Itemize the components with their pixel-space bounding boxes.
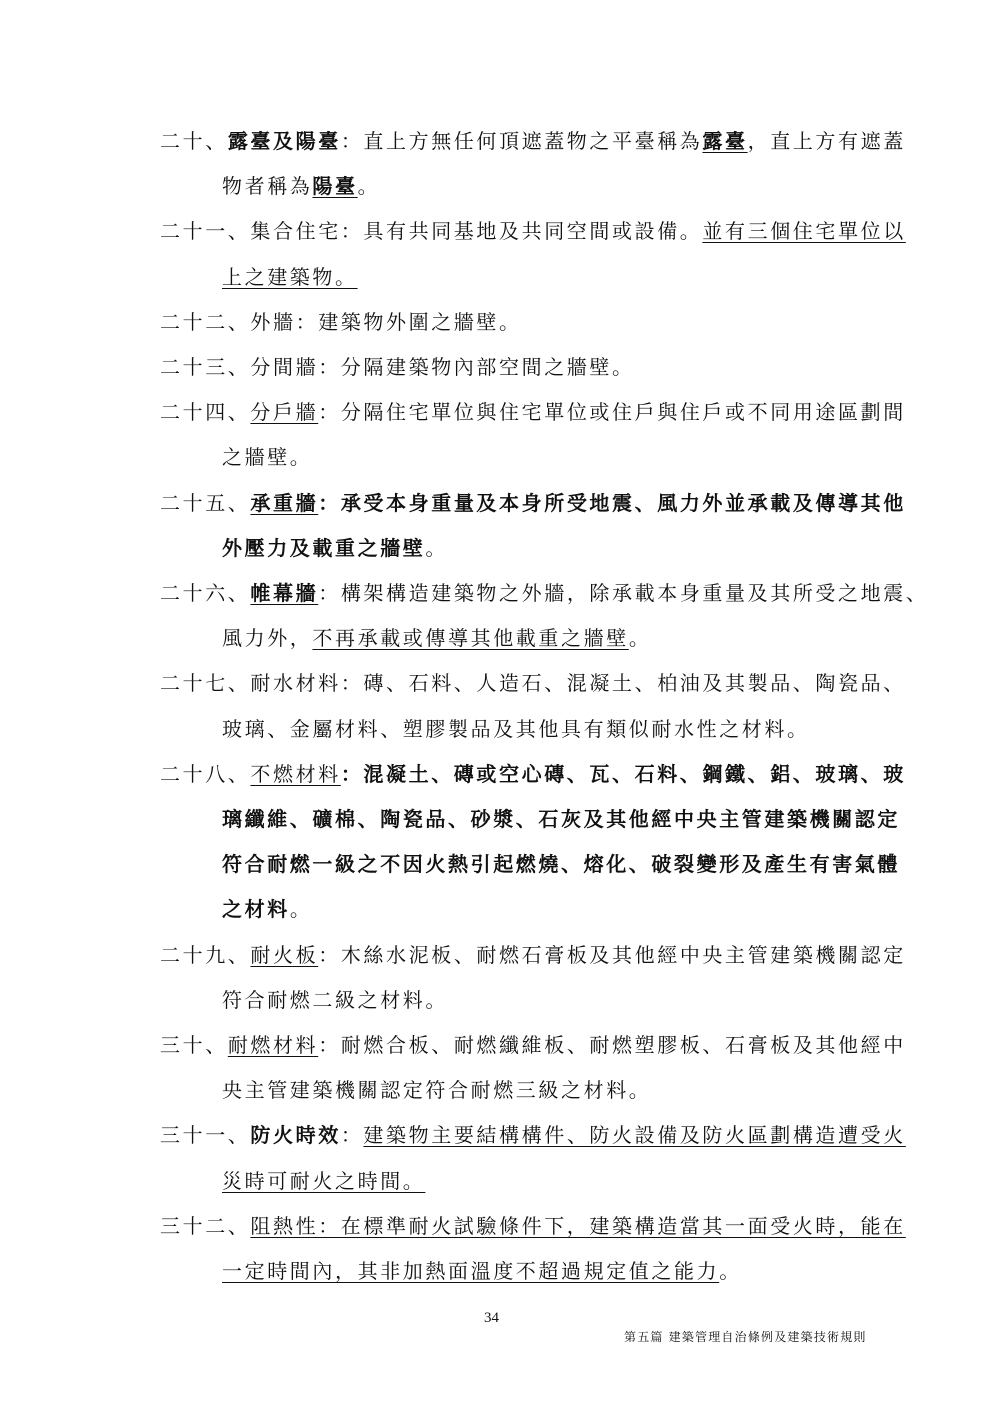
item-number: 二十四、 bbox=[160, 400, 250, 424]
underlined-text: 不再承載或傳導其他載重之牆壁 bbox=[312, 626, 628, 650]
item-continuation-line: 物者稱為陽臺。 bbox=[222, 171, 380, 201]
item-continuation-line: 璃纖維、礦棉、陶瓷品、砂漿、石灰及其他經中央主管建築機關認定 bbox=[222, 804, 900, 834]
item-number: 三十二、 bbox=[160, 1214, 250, 1238]
underlined-text: 陽臺 bbox=[312, 174, 357, 198]
item-text: 玻璃、金屬材料、塑膠製品及其他具有類似耐水性之材料。 bbox=[222, 717, 810, 741]
item-number: 二十、 bbox=[160, 129, 228, 153]
item-number: 二十七、 bbox=[160, 671, 250, 695]
bold-text: 外壓力及載重之牆壁 bbox=[222, 536, 425, 560]
item-text: 。 bbox=[290, 897, 313, 921]
underlined-text: 上之建築物。 bbox=[222, 265, 358, 289]
item-text: 。 bbox=[425, 536, 448, 560]
item-text: ：耐燃合板、耐燃纖維板、耐燃塑膠板、石膏板及其他經中 bbox=[318, 1033, 906, 1057]
footer-title: 第五篇 建築管理自治條例及建築技術規則 bbox=[624, 1328, 867, 1345]
item-number: 二十八、 bbox=[160, 762, 250, 786]
item-number: 二十九、 bbox=[160, 943, 250, 967]
document-page: 二十、露臺及陽臺：直上方無任何頂遮蓋物之平臺稱為露臺，直上方有遮蓋物者稱為陽臺。… bbox=[0, 0, 992, 1403]
bold-text: 璃纖維、礦棉、陶瓷品、砂漿、石灰及其他經中央主管建築機關認定 bbox=[222, 807, 900, 831]
item-continuation-line: 災時可耐火之時間。 bbox=[222, 1166, 425, 1196]
bold-text: ：承受本身重量及本身所受地震、風力外並承載及傳導其他 bbox=[318, 491, 906, 515]
item-continuation-line: 符合耐燃一級之不因火熱引起燃燒、熔化、破裂變形及產生有害氣體 bbox=[222, 849, 900, 879]
bold-text: 露臺及陽臺 bbox=[228, 129, 341, 153]
item-first-line: 二十三、分間牆：分隔建築物內部空間之牆壁。 bbox=[160, 352, 635, 382]
item-text: ：分隔住宅單位與住宅單位或住戶與住戶或不同用途區劃間 bbox=[318, 400, 906, 424]
item-first-line: 二十五、承重牆：承受本身重量及本身所受地震、風力外並承載及傳導其他 bbox=[160, 488, 906, 518]
item-first-line: 二十八、不燃材料：混凝土、磚或空心磚、瓦、石料、鋼鐵、鋁、玻璃、玻 bbox=[160, 759, 906, 789]
underlined-text: 露臺 bbox=[702, 129, 747, 153]
item-number: 三十、 bbox=[160, 1033, 228, 1057]
item-text: 符合耐燃二級之材料。 bbox=[222, 988, 448, 1012]
item-continuation-line: 玻璃、金屬材料、塑膠製品及其他具有類似耐水性之材料。 bbox=[222, 714, 810, 744]
item-continuation-line: 央主管建築機關認定符合耐燃三級之材料。 bbox=[222, 1075, 651, 1105]
item-continuation-line: 上之建築物。 bbox=[222, 262, 358, 292]
item-text: 分間牆：分隔建築物內部空間之牆壁。 bbox=[250, 355, 634, 379]
item-first-line: 二十、露臺及陽臺：直上方無任何頂遮蓋物之平臺稱為露臺，直上方有遮蓋 bbox=[160, 126, 906, 156]
item-text: 風力外， bbox=[222, 626, 312, 650]
item-continuation-line: 一定時間內，其非加熱面溫度不超過規定值之能力。 bbox=[222, 1256, 742, 1286]
item-number: 二十三、 bbox=[160, 355, 250, 379]
item-continuation-line: 之材料。 bbox=[222, 894, 312, 924]
item-text: ：直上方無任何頂遮蓋物之平臺稱為 bbox=[341, 129, 703, 153]
item-text: ，直上方有遮蓋 bbox=[748, 129, 906, 153]
bold-text: ：混凝土、磚或空心磚、瓦、石料、鋼鐵、鋁、玻璃、玻 bbox=[341, 762, 906, 786]
item-text: ： bbox=[341, 1123, 364, 1147]
underlined-text: 帷幕牆 bbox=[250, 581, 318, 605]
item-text: 。 bbox=[358, 174, 381, 198]
underlined-text: 承重牆 bbox=[250, 491, 318, 515]
item-first-line: 二十一、集合住宅：具有共同基地及共同空間或設備。並有三個住宅單位以 bbox=[160, 216, 906, 246]
underlined-text: 災時可耐火之時間。 bbox=[222, 1169, 425, 1193]
item-number: 二十六、 bbox=[160, 581, 250, 605]
item-first-line: 三十、耐燃材料：耐燃合板、耐燃纖維板、耐燃塑膠板、石膏板及其他經中 bbox=[160, 1030, 906, 1060]
underlined-text: 分戶牆 bbox=[250, 400, 318, 424]
item-first-line: 二十四、分戶牆：分隔住宅單位與住宅單位或住戶與住戶或不同用途區劃間 bbox=[160, 397, 906, 427]
underlined-text: 耐燃材料 bbox=[228, 1033, 318, 1057]
item-text: ：木絲水泥板、耐燃石膏板及其他經中央主管建築機關認定 bbox=[318, 943, 906, 967]
item-number: 二十一、 bbox=[160, 219, 250, 243]
item-continuation-line: 風力外，不再承載或傳導其他載重之牆壁。 bbox=[222, 623, 651, 653]
item-text: 外牆：建築物外圍之牆壁。 bbox=[250, 310, 521, 334]
underlined-text: 耐火板 bbox=[250, 943, 318, 967]
item-number: 三十一、 bbox=[160, 1123, 250, 1147]
bold-text: 之材料 bbox=[222, 897, 290, 921]
bold-text: 防火時效 bbox=[250, 1123, 340, 1147]
item-continuation-line: 之牆壁。 bbox=[222, 442, 312, 472]
underlined-text: 建築物主要結構構件、防火設備及防火區劃構造遭受火 bbox=[363, 1123, 905, 1147]
item-text: 。 bbox=[629, 626, 652, 650]
item-first-line: 三十一、防火時效：建築物主要結構構件、防火設備及防火區劃構造遭受火 bbox=[160, 1120, 906, 1150]
item-text: 央主管建築機關認定符合耐燃三級之材料。 bbox=[222, 1078, 651, 1102]
underlined-text: 阻熱性：在標準耐火試驗條件下，建築構造當其一面受火時，能在 bbox=[250, 1214, 905, 1238]
underlined-text: 一定時間內，其非加熱面溫度不超過規定值之能力 bbox=[222, 1259, 719, 1283]
item-text: 。 bbox=[719, 1259, 742, 1283]
item-first-line: 二十九、耐火板：木絲水泥板、耐燃石膏板及其他經中央主管建築機關認定 bbox=[160, 940, 906, 970]
item-continuation-line: 符合耐燃二級之材料。 bbox=[222, 985, 448, 1015]
item-text: 耐水材料：磚、石料、人造石、混凝土、柏油及其製品、陶瓷品、 bbox=[250, 671, 905, 695]
bold-text: 符合耐燃一級之不因火熱引起燃燒、熔化、破裂變形及產生有害氣體 bbox=[222, 852, 900, 876]
item-text: 集合住宅：具有共同基地及共同空間或設備。 bbox=[250, 219, 702, 243]
item-text: ：構架構造建築物之外牆，除承載本身重量及其所受之地震、 bbox=[318, 581, 928, 605]
item-continuation-line: 外壓力及載重之牆壁。 bbox=[222, 533, 448, 563]
item-text: 物者稱為 bbox=[222, 174, 312, 198]
item-first-line: 二十二、外牆：建築物外圍之牆壁。 bbox=[160, 307, 522, 337]
underlined-text: 不燃材料 bbox=[250, 762, 340, 786]
item-first-line: 二十七、耐水材料：磚、石料、人造石、混凝土、柏油及其製品、陶瓷品、 bbox=[160, 668, 906, 698]
item-number: 二十二、 bbox=[160, 310, 250, 334]
page-number: 34 bbox=[484, 1310, 499, 1327]
item-first-line: 三十二、阻熱性：在標準耐火試驗條件下，建築構造當其一面受火時，能在 bbox=[160, 1211, 906, 1241]
underlined-text: 並有三個住宅單位以 bbox=[702, 219, 905, 243]
item-first-line: 二十六、帷幕牆：構架構造建築物之外牆，除承載本身重量及其所受之地震、 bbox=[160, 578, 928, 608]
item-text: 之牆壁。 bbox=[222, 445, 312, 469]
item-number: 二十五、 bbox=[160, 491, 250, 515]
